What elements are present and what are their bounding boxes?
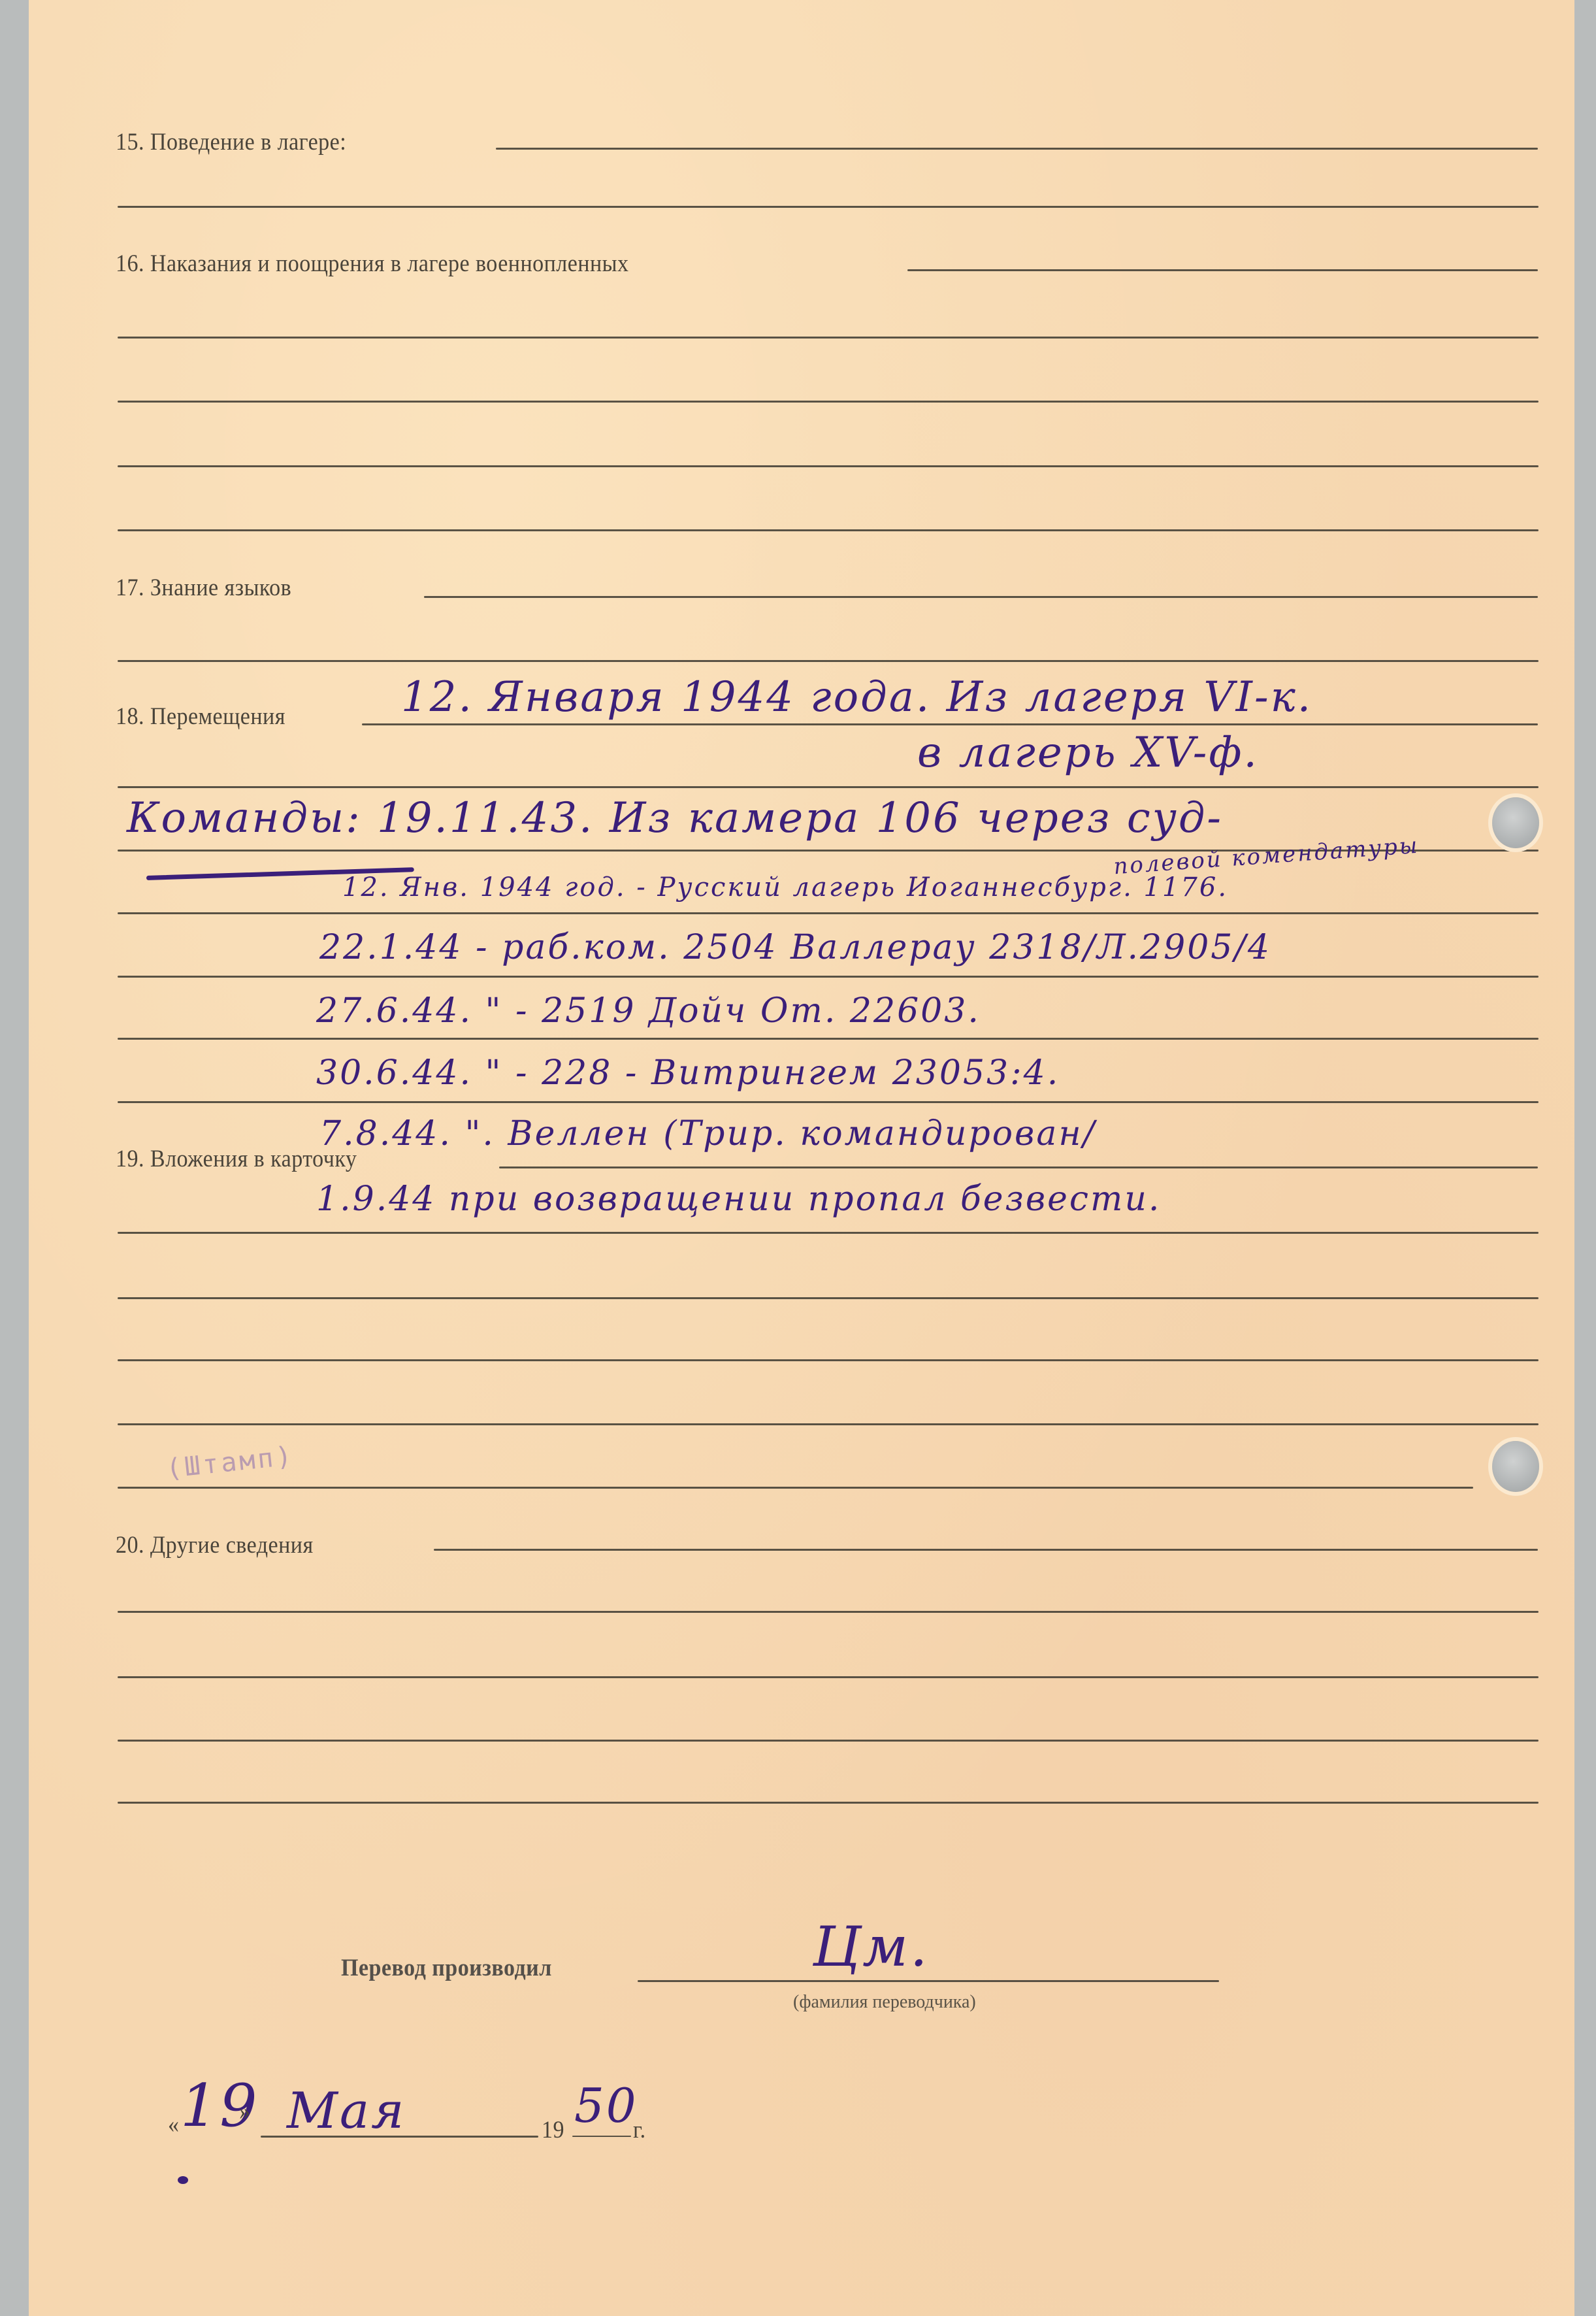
- section-16-line-5: [118, 529, 1539, 531]
- faded-stamp: (Штамп): [165, 1441, 295, 1484]
- section-18-line-5: [118, 976, 1539, 978]
- section-20-line: [434, 1549, 1538, 1551]
- section-17-label: 17. Знание языков: [116, 574, 291, 602]
- section-18-line-6: [118, 1038, 1539, 1040]
- date-month-line: [261, 2136, 538, 2138]
- handwritten-entry: 30.6.44. " - 228 - Витрингем 23053:4.: [316, 1053, 1060, 1093]
- ink-mark: [178, 2176, 188, 2184]
- section-18-line: [362, 723, 1538, 725]
- date-year-prefix: 19: [542, 2116, 564, 2144]
- section-19-line-6: [118, 1487, 1473, 1489]
- section-19-line-5: [118, 1423, 1539, 1425]
- date-year-line: [572, 2136, 631, 2137]
- handwritten-entry: 22.1.44 - раб.ком. 2504 Валлерау 2318/Л.…: [319, 928, 1271, 967]
- section-16-label: 16. Наказания и поощрения в лагере военн…: [116, 250, 628, 278]
- date-open-quote: «: [168, 2111, 179, 2139]
- handwritten-entry: в лагерь XV-ф.: [917, 729, 1259, 777]
- section-20-label: 20. Другие сведения: [116, 1531, 314, 1559]
- handwritten-entry: 1.9.44 при возвращении пропал безвести.: [316, 1180, 1161, 1219]
- handwritten-entry: 12. Января 1944 года. Из лагеря VI-к.: [401, 673, 1312, 721]
- handwritten-entry: 7.8.44. ". Веллен (Трир. командирован/: [319, 1114, 1096, 1153]
- date-close-quote: »: [239, 2098, 250, 2126]
- section-15-line: [496, 148, 1538, 150]
- section-20-line-2: [118, 1611, 1539, 1613]
- translator-label: Перевод производил: [341, 1954, 552, 1982]
- punch-hole: [1492, 797, 1539, 848]
- section-18-line-2: [118, 786, 1539, 788]
- section-20-line-5: [118, 1802, 1539, 1804]
- translator-signature: Цм.: [813, 1915, 930, 1979]
- section-17-line: [424, 596, 1538, 598]
- section-19-line: [499, 1166, 1538, 1168]
- section-19-line-2: [118, 1232, 1539, 1234]
- section-16-line: [907, 269, 1538, 271]
- section-17-line-2: [118, 660, 1539, 662]
- handwritten-entry: 12. Янв. 1944 год. - Русский лагерь Иога…: [342, 872, 1228, 902]
- translator-line: [638, 1980, 1219, 1982]
- section-18-line-7: [118, 1101, 1539, 1103]
- section-16-line-2: [118, 337, 1539, 339]
- section-20-line-3: [118, 1676, 1539, 1678]
- section-19-line-3: [118, 1297, 1539, 1299]
- section-15-line-2: [118, 206, 1539, 208]
- section-16-line-4: [118, 465, 1539, 467]
- date-year-suffix: 50: [574, 2078, 638, 2133]
- handwritten-entry: 27.6.44. " - 2519 Дойч От. 22603.: [316, 991, 981, 1031]
- section-18-line-4: [118, 912, 1539, 914]
- translator-caption: (фамилия переводчика): [793, 1992, 976, 2013]
- section-20-line-4: [118, 1740, 1539, 1742]
- punch-hole: [1492, 1441, 1539, 1492]
- date-year-unit: г.: [633, 2116, 646, 2144]
- document-page: 15. Поведение в лагере: 16. Наказания и …: [29, 0, 1574, 2316]
- section-18-label: 18. Перемещения: [116, 703, 285, 731]
- section-16-line-3: [118, 401, 1539, 403]
- date-month: Мая: [287, 2081, 406, 2140]
- section-15-label: 15. Поведение в лагере:: [116, 128, 346, 156]
- handwritten-entry: Команды: 19.11.43. Из камера 106 через с…: [127, 794, 1223, 842]
- section-19-line-4: [118, 1359, 1539, 1361]
